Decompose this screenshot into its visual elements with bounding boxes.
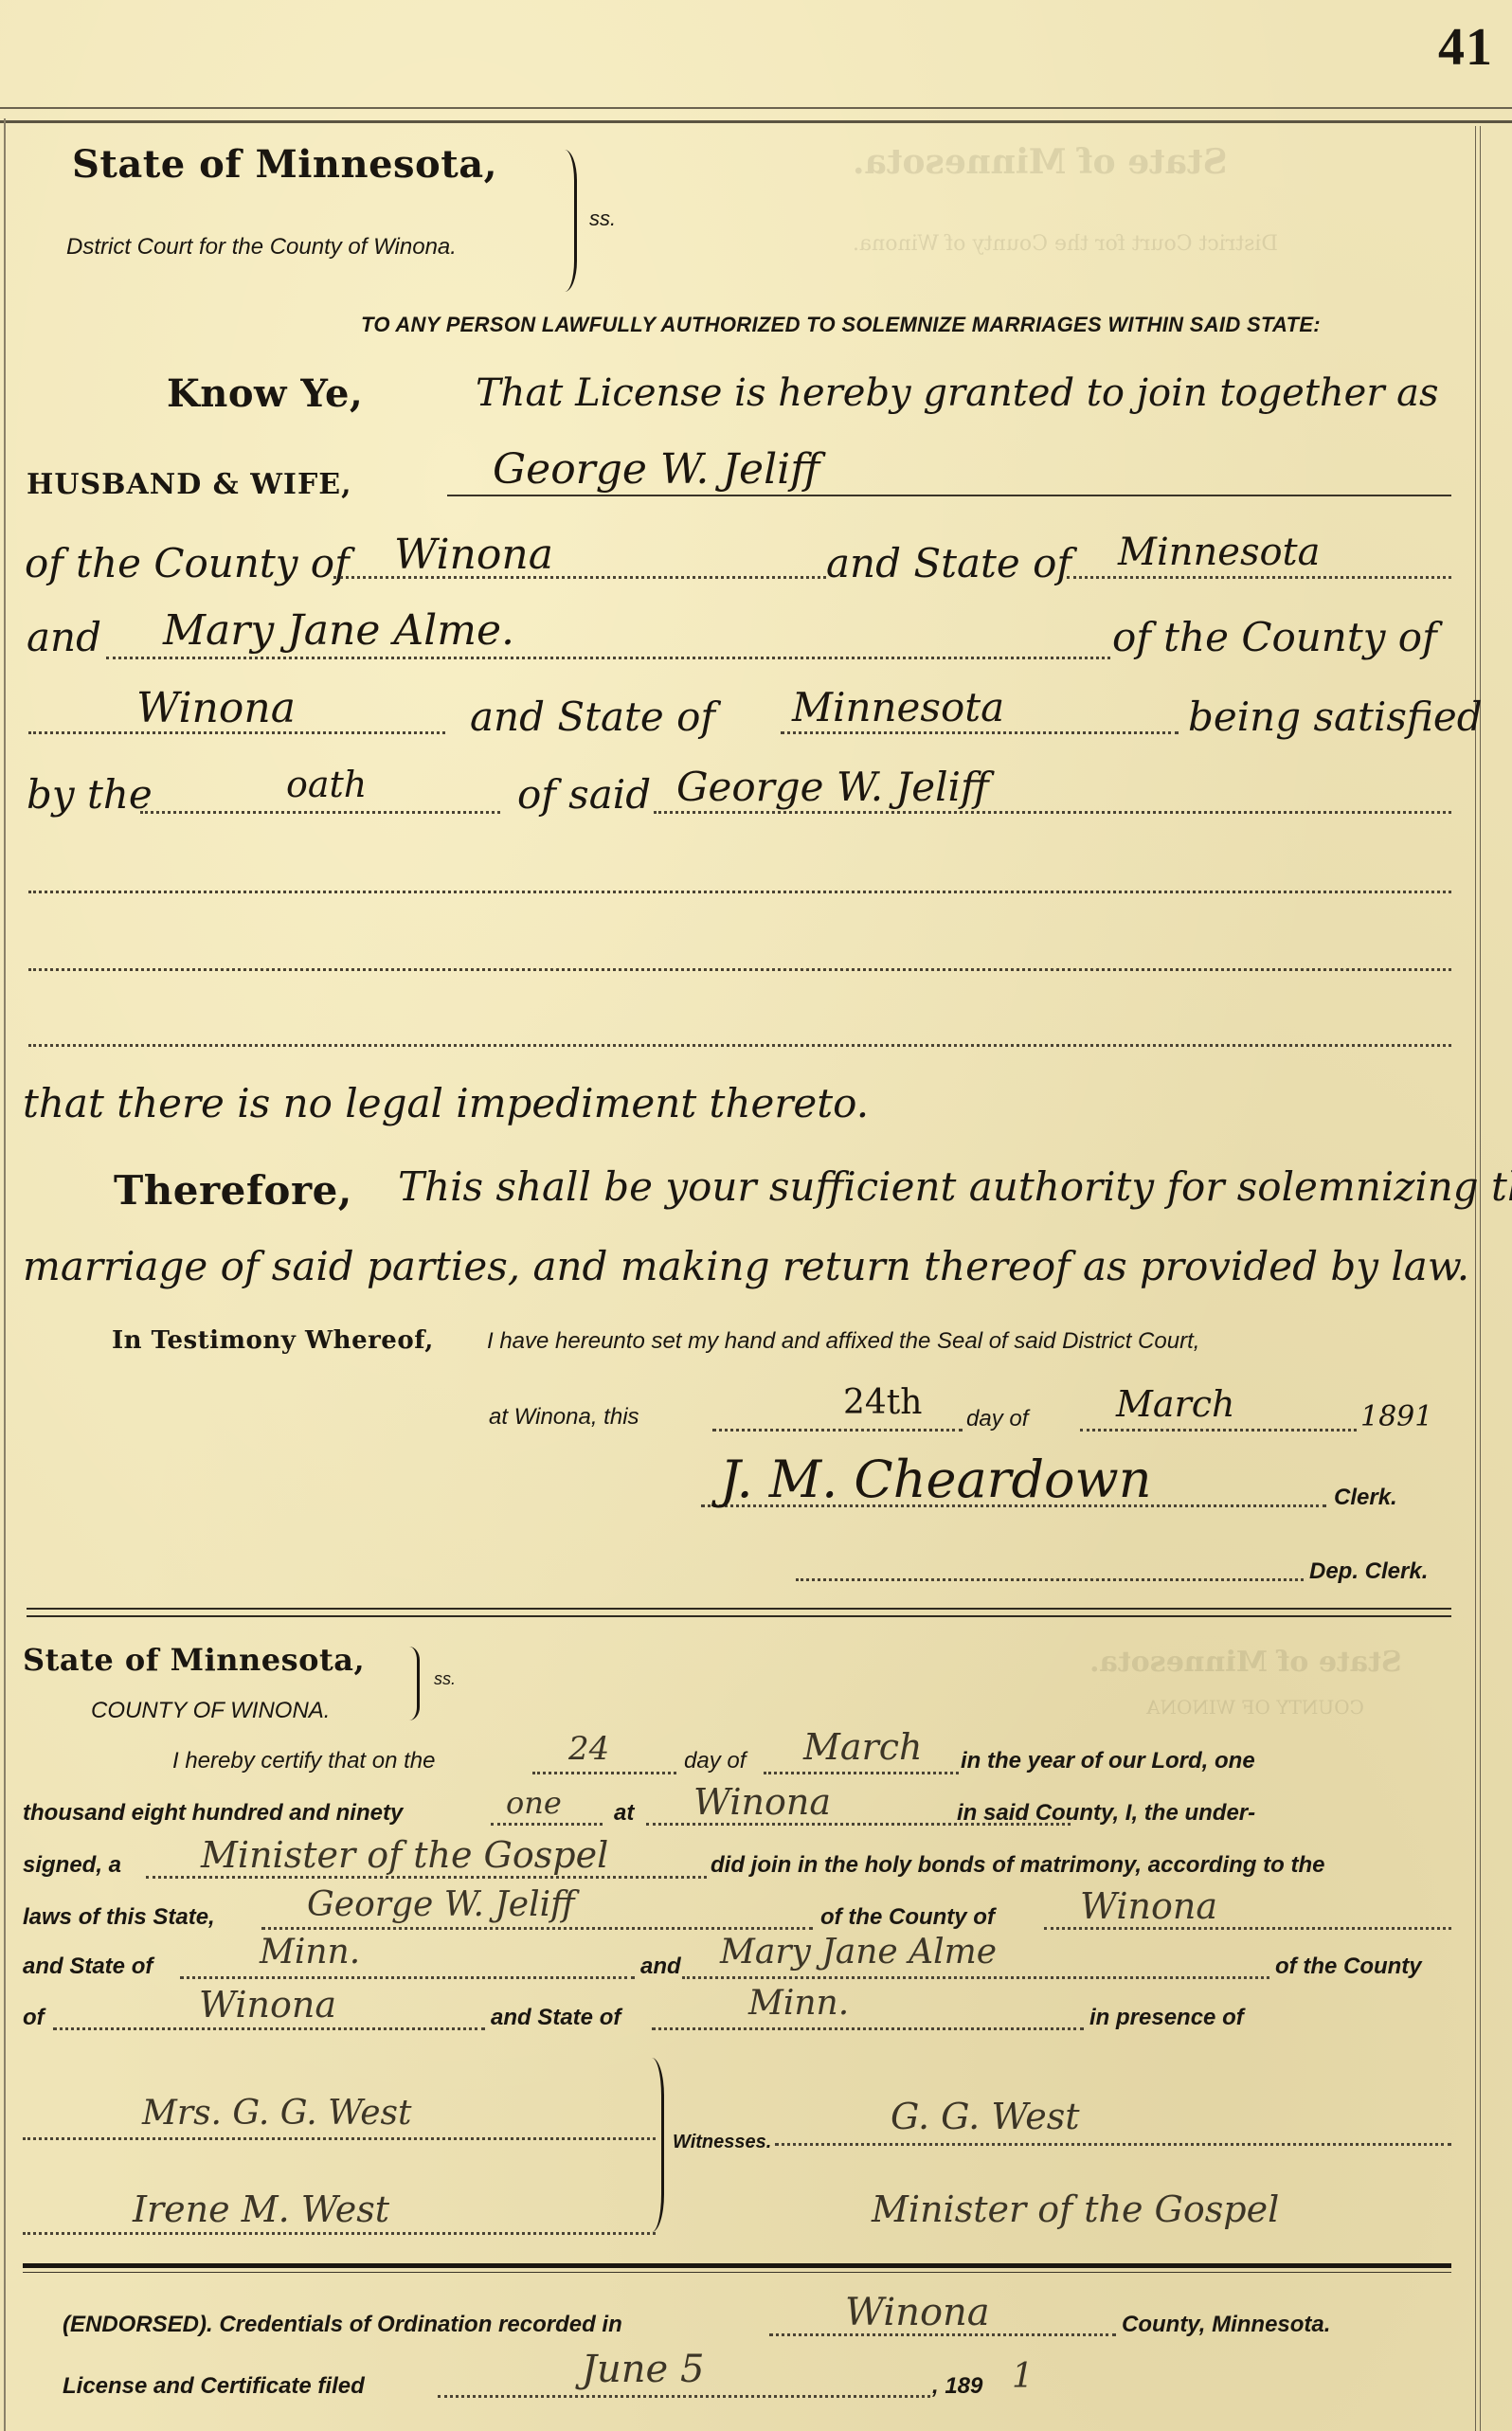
day-of-label: day of: [966, 1406, 1028, 1432]
cert-ss: ss.: [434, 1669, 456, 1689]
endorsement-divider-thin: [23, 2272, 1451, 2273]
of-label-cert: of: [23, 2005, 45, 2031]
dep-clerk-label: Dep. Clerk.: [1309, 1558, 1428, 1585]
proof-type-line: [140, 811, 500, 814]
filed-year-prefix: , 189: [932, 2373, 982, 2400]
officiant-title-line: [146, 1876, 707, 1879]
husband-wife-label: HUSBAND & WIFE,: [27, 468, 352, 501]
wife-name-field: Mary Jane Alme.: [163, 606, 514, 655]
laws-text: laws of this State,: [23, 1904, 215, 1931]
husband-state-field: Minnesota: [1118, 531, 1320, 574]
filed-date-field: June 5: [582, 2348, 704, 2391]
husband-county-field: Winona: [394, 531, 553, 579]
bleed-through-cert-county: COUNTY OF WINONA: [1146, 1696, 1364, 1719]
husband-name-field: George W. Jeliff: [493, 445, 819, 494]
county-of-label-1: of the County of: [25, 540, 350, 586]
oath-by-field: George W. Jeliff: [676, 764, 989, 810]
state-of-label-1: and State of: [826, 540, 1071, 586]
recorded-county-field: Winona: [845, 2291, 990, 2334]
bride-name-line: [682, 1976, 1269, 1979]
section-divider: [27, 1608, 1451, 1617]
testimony-label: In Testimony Whereof,: [112, 1326, 434, 1355]
dep-clerk-line: [796, 1578, 1304, 1581]
county-state-text: County, Minnesota.: [1122, 2312, 1330, 2338]
officiant-signature-line: [775, 2143, 1451, 2146]
issue-month-line: [1080, 1429, 1357, 1432]
and-label-cert: and: [640, 1954, 681, 1980]
clerk-signature: J. M. Cheardown: [720, 1450, 1152, 1509]
issue-day-line: [712, 1429, 963, 1432]
witness-2-signature: Irene M. West: [133, 2188, 389, 2230]
cert-brace: [409, 1647, 420, 1720]
license-address-line: TO ANY PERSON LAWFULLY AUTHORIZED TO SOL…: [361, 313, 1321, 337]
bride-county-field: Winona: [199, 1984, 336, 2026]
husband-state-line: [1067, 576, 1451, 579]
groom-county-line: [1044, 1927, 1451, 1930]
witness-line-2: [23, 2232, 656, 2235]
bride-name-field: Mary Jane Alme: [720, 1933, 997, 1972]
officiant-title-field: Minister of the Gospel: [201, 1834, 608, 1876]
license-court-line: Dstrict Court for the County of Winona.: [66, 234, 457, 261]
bride-county-line: [53, 2027, 485, 2030]
witness-line-1: [23, 2137, 656, 2140]
issue-month-field: March: [1116, 1383, 1235, 1425]
and-label: and: [27, 614, 101, 660]
county-text: in said County, I, the under-: [957, 1800, 1255, 1827]
husband-name-line: [447, 495, 1451, 496]
license-ss: ss.: [589, 207, 616, 231]
bleed-through-cert-heading: State of Minnesota.: [1089, 1646, 1402, 1679]
state-of-label-2: and State of: [470, 693, 715, 740]
know-ye-label: Know Ye,: [167, 371, 363, 416]
top-double-rule: [0, 107, 1512, 123]
year-suffix-line: [491, 1823, 603, 1826]
issue-day-field: 24th: [843, 1383, 922, 1422]
authority-text: This shall be your sufficient authority …: [398, 1163, 1512, 1210]
blank-line-3: [28, 1044, 1451, 1047]
grant-text: That License is hereby granted to join t…: [476, 371, 1439, 415]
filed-text: License and Certificate filed: [63, 2373, 365, 2400]
endorsement-divider-heavy: [23, 2263, 1451, 2268]
bride-state-line: [652, 2027, 1084, 2030]
of-county-label-cert: of the County of: [820, 1904, 995, 1931]
endorsed-text: (ENDORSED). Credentials of Ordination re…: [63, 2312, 622, 2338]
of-county-label-2: of the County of: [1112, 614, 1437, 660]
wife-state-field: Minnesota: [792, 684, 1004, 730]
left-border: [4, 118, 6, 2431]
day-of-label-cert: day of: [684, 1748, 746, 1774]
witness-1-signature: Mrs. G. G. West: [142, 2094, 411, 2133]
blank-line-1: [28, 891, 1451, 893]
authority-text-2: marriage of said parties, and making ret…: [23, 1243, 1469, 1289]
impediment-text: that there is no legal impediment theret…: [23, 1080, 869, 1126]
at-winona-label: at Winona, this: [489, 1404, 639, 1431]
wife-name-line: [106, 657, 1110, 659]
filed-year-suffix: 1: [1012, 2357, 1034, 2396]
of-the-county-label: of the County: [1275, 1954, 1422, 1980]
marriage-month-line: [764, 1772, 959, 1774]
groom-name-line: [261, 1927, 813, 1930]
issue-year-field: 1891: [1360, 1400, 1432, 1433]
therefore-label: Therefore,: [114, 1167, 352, 1214]
being-satisfied-label: being satisfied: [1188, 693, 1483, 740]
of-said-label: of said: [517, 771, 651, 818]
groom-state-field: Minn.: [260, 1933, 360, 1972]
bleed-through-court: District Court for the County of Winona.: [853, 232, 1278, 256]
certify-text: I hereby certify that on the: [172, 1748, 436, 1774]
cert-state-heading: State of Minnesota,: [23, 1642, 365, 1678]
wife-county-field: Winona: [136, 684, 296, 732]
by-the-label: by the: [27, 771, 153, 818]
witnesses-brace: [652, 2058, 664, 2232]
bride-state-label: and State of: [491, 2005, 621, 2031]
signed-text: signed, a: [23, 1852, 121, 1879]
witnesses-label: Witnesses.: [673, 2132, 771, 2153]
clerk-label: Clerk.: [1334, 1485, 1397, 1511]
filed-date-line: [438, 2395, 930, 2398]
page-number: 41: [1438, 17, 1493, 78]
bleed-through-heading: State of Minnesota.: [853, 142, 1228, 182]
oath-by-line: [654, 811, 1451, 814]
testimony-text: I have hereunto set my hand and affixed …: [487, 1328, 1199, 1355]
license-state-heading: State of Minnesota,: [72, 142, 497, 187]
officiant-signature-title: Minister of the Gospel: [872, 2188, 1279, 2230]
groom-state-line: [180, 1976, 635, 1979]
blank-line-2: [28, 968, 1451, 971]
year-suffix-field: one: [506, 1785, 562, 1821]
at-label-cert: at: [614, 1800, 634, 1827]
groom-county-field: Winona: [1080, 1885, 1217, 1927]
presence-text: in presence of: [1089, 2005, 1244, 2031]
license-brace: [565, 150, 577, 292]
marriage-day-line: [532, 1772, 676, 1774]
document-page: State of Minnesota. District Court for t…: [0, 0, 1512, 2431]
bride-state-field: Minn.: [748, 1984, 849, 2023]
proof-type-field: oath: [286, 764, 367, 805]
cert-county-line: COUNTY OF WINONA.: [91, 1698, 330, 1724]
marriage-day-field: 24: [568, 1730, 609, 1768]
officiant-signature: G. G. West: [891, 2096, 1080, 2137]
wife-state-line: [781, 731, 1179, 734]
thousand-text: thousand eight hundred and ninety: [23, 1800, 403, 1827]
right-border: [1475, 126, 1481, 2431]
year-lord-text: in the year of our Lord, one: [961, 1748, 1255, 1774]
marriage-month-field: March: [803, 1726, 923, 1768]
and-state-label-cert: and State of: [23, 1954, 153, 1980]
join-text: did join in the holy bonds of matrimony,…: [711, 1852, 1324, 1879]
groom-name-field: George W. Jeliff: [307, 1885, 575, 1924]
place-field: Winona: [693, 1781, 831, 1823]
